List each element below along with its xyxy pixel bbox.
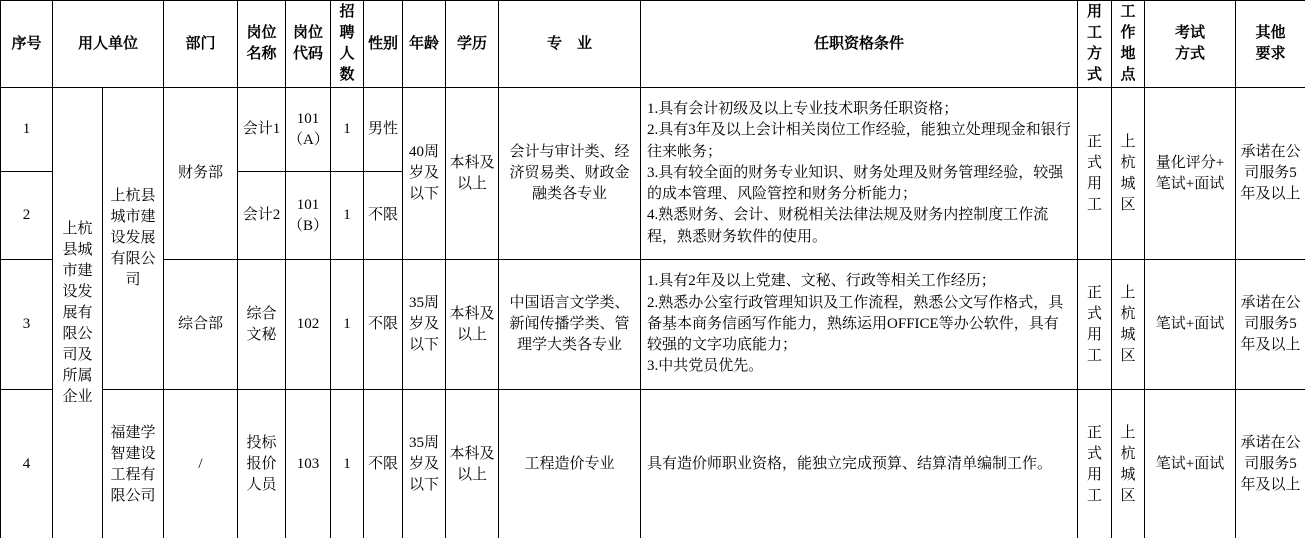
cell-r3-headcount: 1 bbox=[331, 260, 364, 390]
cell-r4-seq: 4 bbox=[1, 390, 53, 538]
cell-r4-gender: 不限 bbox=[364, 390, 403, 538]
cell-r1-post-code: 101 （A） bbox=[286, 88, 331, 172]
table-row-3: 3 综合部 综合 文秘 102 1 不限 35周 岁及 以下 本科及 以上 中国… bbox=[1, 260, 1305, 390]
cell-r2-post-code: 101 （B） bbox=[286, 172, 331, 260]
cell-r4-age: 35周 岁及 以下 bbox=[403, 390, 446, 538]
cell-r2-seq: 2 bbox=[1, 172, 53, 260]
cell-employer-company-r1-r3: 上杭县 城市建 设发展 有限公 司 bbox=[103, 88, 164, 390]
cell-r2-gender: 不限 bbox=[364, 172, 403, 260]
cell-r3-gender: 不限 bbox=[364, 260, 403, 390]
cell-r3-work-location: 上 杭 城 区 bbox=[1112, 260, 1145, 390]
cell-r4-employer-company: 福建学 智建设 工程有 限公司 bbox=[103, 390, 164, 538]
cell-r1-seq: 1 bbox=[1, 88, 53, 172]
cell-r3-major: 中国语言文学类、 新闻传播学类、管 理学大类各专业 bbox=[499, 260, 641, 390]
cell-r4-major: 工程造价专业 bbox=[499, 390, 641, 538]
cell-r3-post-code: 102 bbox=[286, 260, 331, 390]
cell-employment-type-r1-r2: 正 式 用 工 bbox=[1078, 88, 1112, 260]
cell-other-r1-r2: 承诺在公 司服务5 年及以上 bbox=[1236, 88, 1305, 260]
cell-r4-headcount: 1 bbox=[331, 390, 364, 538]
header-education: 学历 bbox=[446, 1, 499, 88]
header-post-name: 岗位 名称 bbox=[238, 1, 286, 88]
cell-r3-other: 承诺在公 司服务5 年及以上 bbox=[1236, 260, 1305, 390]
table-row-1: 1 上杭 县城 市建 设发 展有 限公 司及 所属 企业 上杭县 城市建 设发展… bbox=[1, 88, 1305, 172]
header-headcount: 招 聘 人 数 bbox=[331, 1, 364, 88]
cell-exam-method-r1-r2: 量化评分+ 笔试+面试 bbox=[1145, 88, 1236, 260]
cell-r4-other: 承诺在公 司服务5 年及以上 bbox=[1236, 390, 1305, 538]
cell-education-r1-r2: 本科及 以上 bbox=[446, 88, 499, 260]
header-qualifications: 任职资格条件 bbox=[641, 1, 1078, 88]
cell-r4-employment-type: 正 式 用 工 bbox=[1078, 390, 1112, 538]
cell-r4-exam-method: 笔试+面试 bbox=[1145, 390, 1236, 538]
cell-age-r1-r2: 40周 岁及 以下 bbox=[403, 88, 446, 260]
cell-r1-headcount: 1 bbox=[331, 88, 364, 172]
cell-work-location-r1-r2: 上 杭 城 区 bbox=[1112, 88, 1145, 260]
cell-r4-post-name: 投标 报价 人员 bbox=[238, 390, 286, 538]
header-row: 序号 用人单位 部门 岗位 名称 岗位 代码 招 聘 人 数 性别 年龄 学历 … bbox=[1, 1, 1305, 88]
cell-r3-department: 综合部 bbox=[164, 260, 238, 390]
cell-r3-qualifications: 1.具有2年及以上党建、文秘、行政等相关工作经历； 2.熟悉办公室行政管理知识及… bbox=[641, 260, 1078, 390]
cell-department-r1-r2: 财务部 bbox=[164, 88, 238, 260]
header-gender: 性别 bbox=[364, 1, 403, 88]
table-row-4: 4 福建学 智建设 工程有 限公司 / 投标 报价 人员 103 1 不限 35… bbox=[1, 390, 1305, 538]
cell-r2-headcount: 1 bbox=[331, 172, 364, 260]
cell-major-r1-r2: 会计与审计类、经 济贸易类、财政金 融类各专业 bbox=[499, 88, 641, 260]
header-age: 年龄 bbox=[403, 1, 446, 88]
header-post-code: 岗位 代码 bbox=[286, 1, 331, 88]
cell-r3-employment-type: 正 式 用 工 bbox=[1078, 260, 1112, 390]
header-work-location: 工 作 地 点 bbox=[1112, 1, 1145, 88]
recruitment-table-page: 序号 用人单位 部门 岗位 名称 岗位 代码 招 聘 人 数 性别 年龄 学历 … bbox=[0, 0, 1305, 538]
cell-r1-gender: 男性 bbox=[364, 88, 403, 172]
cell-r4-work-location: 上 杭 城 区 bbox=[1112, 390, 1145, 538]
cell-r4-qualifications: 具有造价师职业资格，能独立完成预算、结算清单编制工作。 bbox=[641, 390, 1078, 538]
cell-r4-post-code: 103 bbox=[286, 390, 331, 538]
header-seq: 序号 bbox=[1, 1, 53, 88]
cell-r3-seq: 3 bbox=[1, 260, 53, 390]
cell-r3-post-name: 综合 文秘 bbox=[238, 260, 286, 390]
header-exam-method: 考试 方式 bbox=[1145, 1, 1236, 88]
cell-r4-education: 本科及 以上 bbox=[446, 390, 499, 538]
recruitment-table: 序号 用人单位 部门 岗位 名称 岗位 代码 招 聘 人 数 性别 年龄 学历 … bbox=[0, 0, 1305, 538]
cell-r3-age: 35周 岁及 以下 bbox=[403, 260, 446, 390]
cell-r2-post-name: 会计2 bbox=[238, 172, 286, 260]
cell-r1-post-name: 会计1 bbox=[238, 88, 286, 172]
header-department: 部门 bbox=[164, 1, 238, 88]
header-other-requirements: 其他 要求 bbox=[1236, 1, 1305, 88]
header-major: 专 业 bbox=[499, 1, 641, 88]
cell-employer-group: 上杭 县城 市建 设发 展有 限公 司及 所属 企业 bbox=[53, 88, 103, 538]
cell-r4-department: / bbox=[164, 390, 238, 538]
cell-r3-education: 本科及 以上 bbox=[446, 260, 499, 390]
cell-qualifications-r1-r2: 1.具有会计初级及以上专业技术职务任职资格； 2.具有3年及以上会计相关岗位工作… bbox=[641, 88, 1078, 260]
header-employer: 用人单位 bbox=[53, 1, 164, 88]
cell-r3-exam-method: 笔试+面试 bbox=[1145, 260, 1236, 390]
header-employment-type: 用 工 方 式 bbox=[1078, 1, 1112, 88]
